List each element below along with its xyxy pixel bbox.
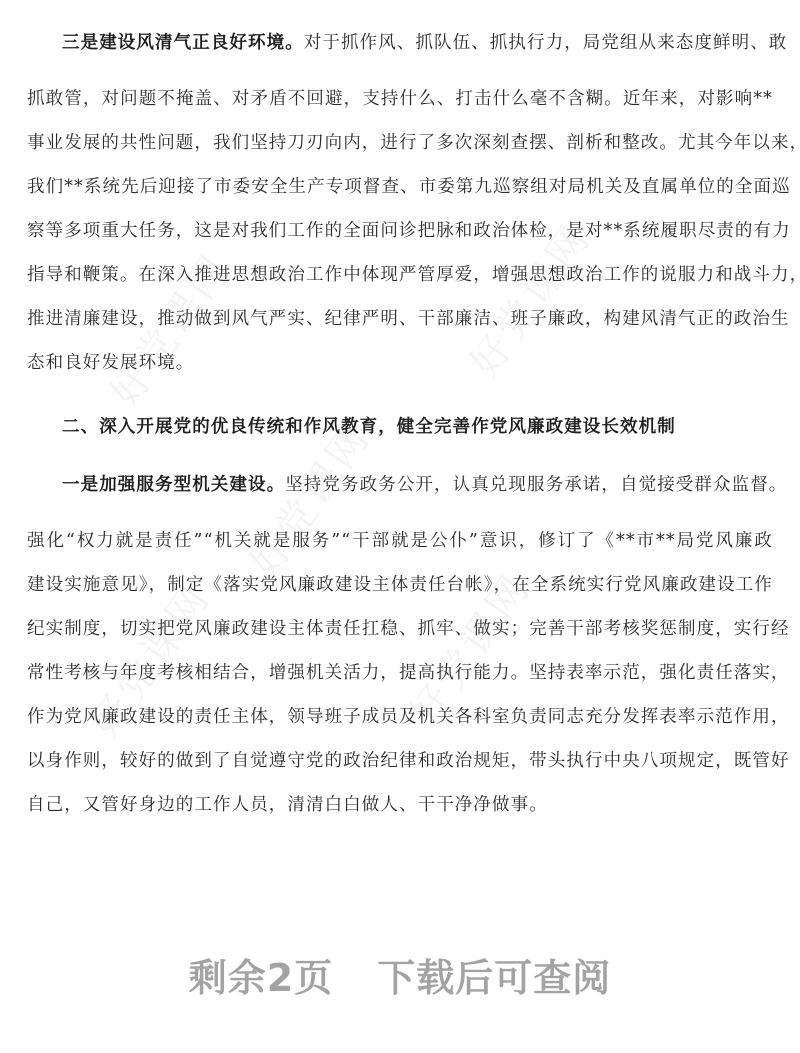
paragraph-line: 强化“权力就是责任”“机关就是服务”“干部就是公仆”意识，修订了《**市**局党… [27,530,773,552]
paragraph-line: 三是建设风清气正良好环境。对于抓作风、抓队伍、抓执行力，局党组从来态度鲜明、敢 [62,32,773,54]
paragraph-line: 自己，又管好身边的工作人员，清清白白做人、干干净净做事。 [27,794,773,816]
paragraph-line: 作为党风廉政建设的责任主体，领导班子成员及机关各科室负责同志充分发挥表率示范作用… [27,706,773,728]
paragraph-line: 一是加强服务型机关建设。坚持党务政务公开，认真兑现服务承诺，自觉接受群众监督。 [62,474,773,496]
paragraph-line: 建设实施意见》，制定《落实党风廉政建设主体责任台帐》，在全系统实行党风廉政建设工… [27,574,773,596]
document-page: 好党课网 好党课网 好党课网 好党课网 好党课网 三是建设风清气正良好环境。对于… [0,0,800,1053]
paragraph-line: 察等多项重大任务，这是对我们工作的全面问诊把脉和政治体检，是对**系统履职尽责的… [27,220,773,242]
paragraph-line: 态和良好发展环境。 [27,352,773,374]
paragraph-line: 常性考核与年度考核相结合，增强机关活力，提高执行能力。坚持表率示范，强化责任落实… [27,662,773,684]
paragraph-line: 事业发展的共性问题，我们坚持刀刃向内，进行了多次深刻查摆、剖析和整改。尤其今年以… [27,132,773,154]
paragraph-line: 指导和鞭策。在深入推进思想政治工作中体现严管厚爱，增强思想政治工作的说服力和战斗… [27,264,773,286]
paragraph-line: 纪实制度，切实把党风廉政建设主体责任扛稳、抓牢、做实；完善干部考核奖惩制度，实行… [27,618,773,640]
section-heading: 二、深入开展党的优良传统和作风教育，健全完善作党风廉政建设长效机制 [62,416,676,438]
paragraph-line: 我们**系统先后迎接了市委安全生产专项督查、市委第九巡察组对局机关及直属单位的全… [27,176,773,198]
remaining-pages-label: 剩余2页 [189,956,333,1000]
paragraph-line: 以身作则，较好的做到了自觉遵守党的政治纪律和政治规矩，带头执行中央八项规定，既管… [27,750,773,772]
paragraph-line: 抓敢管，对问题不掩盖、对矛盾不回避，支持什么、打击什么毫不含糊。近年来，对影响*… [27,88,773,110]
paragraph-line: 推进清廉建设，推动做到风气严实、纪律严明、干部廉洁、班子廉政，构建风清气正的政治… [27,308,773,330]
paragraph-lead: 一是加强服务型机关建设。 [62,475,285,495]
download-to-view-label: 下载后可查阅 [377,956,611,1000]
paragraph-lead: 三是建设风清气正良好环境。 [62,33,304,53]
download-prompt-banner[interactable]: 剩余2页下载后可查阅 [0,947,800,1002]
